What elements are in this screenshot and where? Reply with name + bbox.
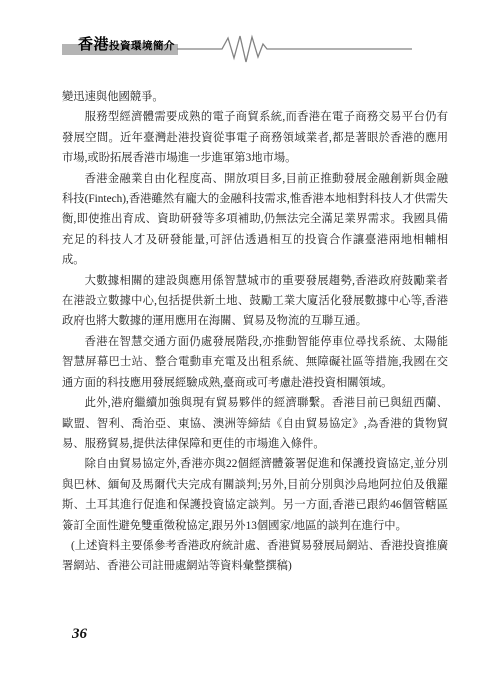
body-paragraph: 香港在智慧交通方面仍處發展階段,亦推動智能停車位尋找系統、太陽能智慧屏幕巴士站、…	[62, 332, 448, 393]
body-paragraph: 變迅速與他國競爭。	[62, 87, 448, 107]
source-note-paragraph: (上述資料主要係參考香港政府統計處、香港貿易發展局網站、香港投資推廣署網站、香港…	[62, 536, 448, 577]
page-title-main: 香港	[78, 36, 109, 53]
body-paragraph: 除自由貿易協定外,香港亦與22個經濟體簽署促進和保護投資協定,並分別與巴林、緬甸…	[62, 454, 448, 536]
body-text: 變迅速與他國競爭。 服務型經濟體需要成熟的電子商貿系統,而香港在電子商務交易平台…	[62, 87, 448, 577]
page-number: 36	[72, 626, 87, 643]
body-paragraph: 大數據相關的建設與應用係智慧城市的重要發展趨勢,香港政府鼓勵業者在港設立數據中心…	[62, 271, 448, 332]
body-paragraph: 香港金融業自由化程度高、開放項目多,目前正推動發展金融創新與金融科技(Finte…	[62, 169, 448, 271]
document-page: 香港投資環境簡介 變迅速與他國競爭。 服務型經濟體需要成熟的電子商貿系統,而香港…	[0, 0, 480, 679]
pulse-zigzag-line-icon	[177, 31, 412, 67]
body-paragraph: 此外,港府繼續加強與現有貿易夥伴的經濟聯繫。香港目前已與紐西蘭、歐盟、智利、喬治…	[62, 393, 448, 454]
page-title: 香港投資環境簡介	[78, 36, 175, 55]
page-title-sub: 投資環境簡介	[109, 40, 175, 52]
body-paragraph: 服務型經濟體需要成熟的電子商貿系統,而香港在電子商務交易平台仍有發展空間。近年臺…	[62, 107, 448, 168]
